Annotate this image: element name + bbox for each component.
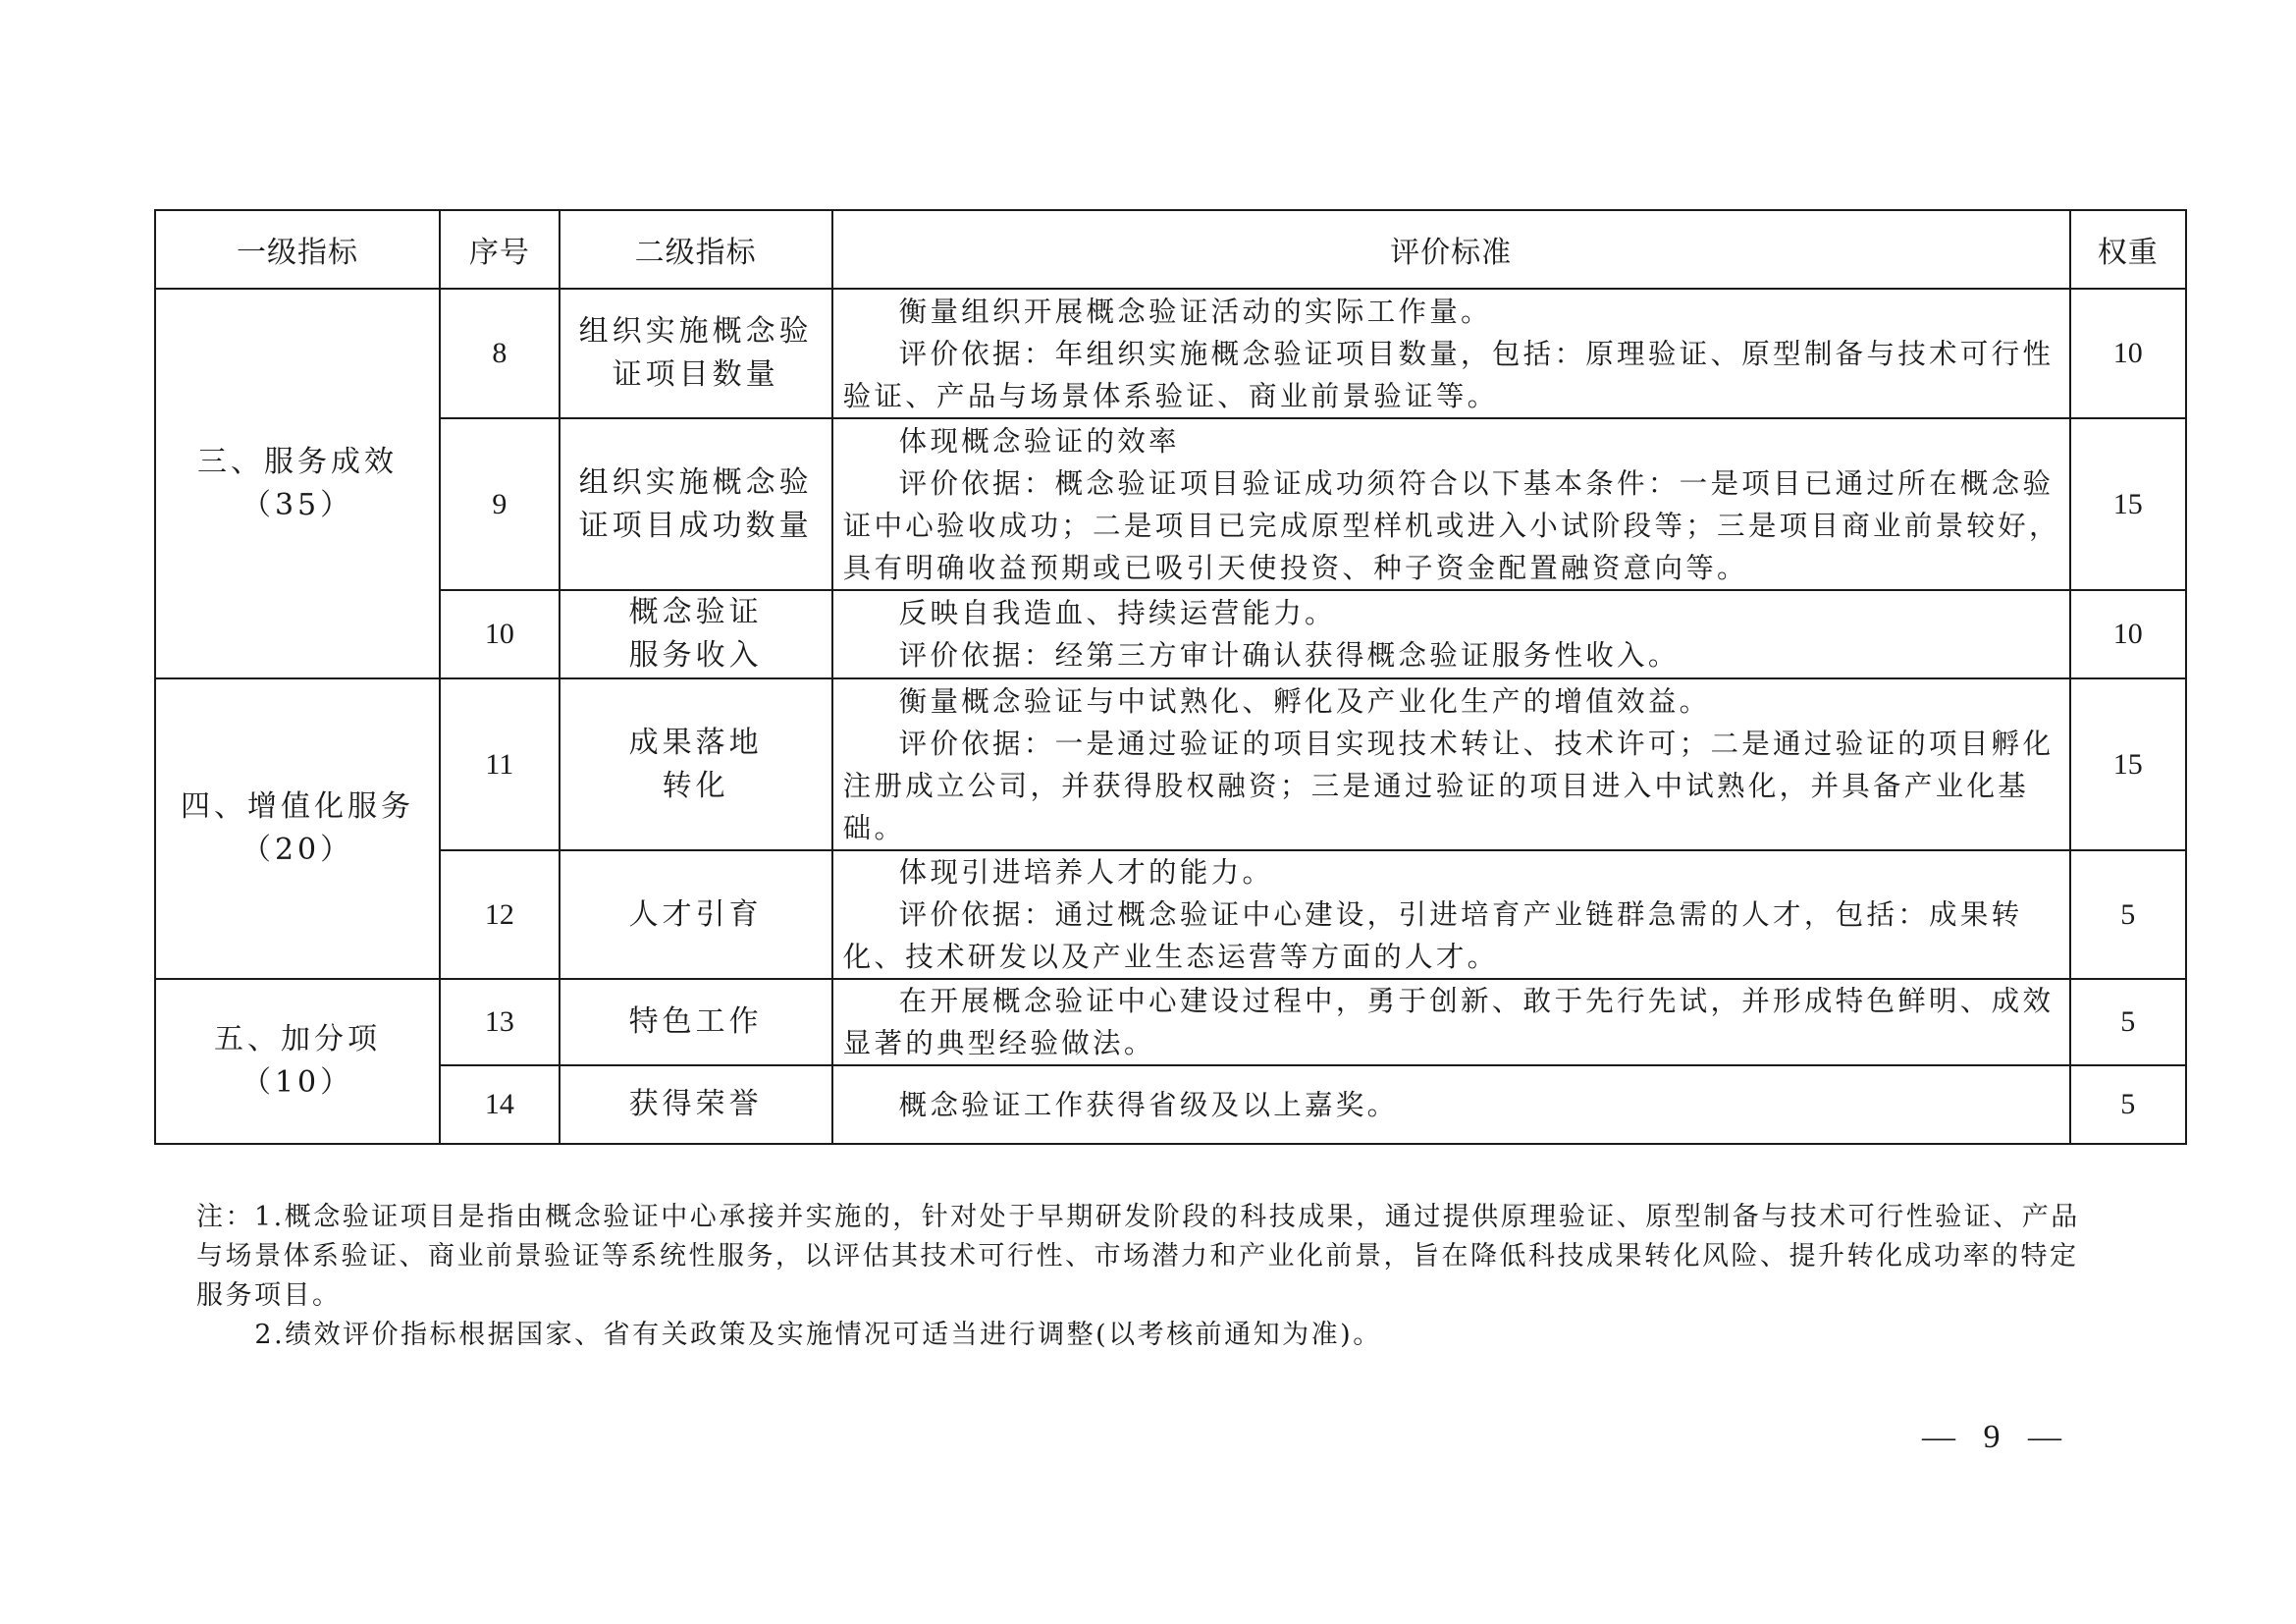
criteria-cell: 体现概念验证的效率 评价依据：概念验证项目验证成功须符合以下基本条件：一是项目已… <box>832 418 2070 590</box>
level2-line: 证项目成功数量 <box>561 505 831 548</box>
header-level1-indicator: 一级指标 <box>155 210 440 289</box>
level1-cell: 五、加分项 （10） <box>155 979 440 1144</box>
table-header-row: 一级指标 序号 二级指标 评价标准 权重 <box>155 210 2186 289</box>
level2-line: 人才引育 <box>561 893 831 937</box>
seq-cell: 12 <box>440 850 559 979</box>
level2-line: 特色工作 <box>561 1001 831 1044</box>
level1-cell: 三、服务成效 （35） <box>155 289 440 678</box>
table-row: 五、加分项 （10） 13 特色工作 在开展概念验证中心建设过程中，勇于创新、敢… <box>155 979 2186 1065</box>
weight-cell: 10 <box>2070 590 2186 678</box>
criteria-summary: 衡量概念验证与中试熟化、孵化及产业化生产的增值效益。 <box>843 680 2061 723</box>
table-row: 12 人才引育 体现引进培养人才的能力。 评价依据：通过概念验证中心建设，引进培… <box>155 850 2186 979</box>
criteria-summary: 反映自我造血、持续运营能力。 <box>843 592 2061 634</box>
level2-cell: 特色工作 <box>560 979 832 1065</box>
seq-cell: 8 <box>440 289 559 418</box>
level1-name: 三、服务成效 <box>156 441 439 484</box>
criteria-cell: 衡量组织开展概念验证活动的实际工作量。 评价依据：年组织实施概念验证项目数量，包… <box>832 289 2070 418</box>
level2-cell: 组织实施概念验 证项目成功数量 <box>560 418 832 590</box>
level2-line: 组织实施概念验 <box>561 310 831 353</box>
note-1: 注：1.概念验证项目是指由概念验证中心承接并实施的，针对处于早期研发阶段的科技成… <box>196 1198 2101 1316</box>
weight-cell: 5 <box>2070 850 2186 979</box>
level2-cell: 组织实施概念验 证项目数量 <box>560 289 832 418</box>
criteria-cell: 概念验证工作获得省级及以上嘉奖。 <box>832 1065 2070 1144</box>
criteria-summary: 体现概念验证的效率 <box>843 420 2061 462</box>
criteria-basis: 评价依据：通过概念验证中心建设，引进培育产业链群急需的人才，包括：成果转化、技术… <box>843 893 2061 978</box>
level1-name: 四、增值化服务 <box>156 785 439 829</box>
criteria-cell: 衡量概念验证与中试熟化、孵化及产业化生产的增值效益。 评价依据：一是通过验证的项… <box>832 678 2070 850</box>
weight-cell: 15 <box>2070 418 2186 590</box>
level2-line: 概念验证 <box>561 591 831 634</box>
table-notes: 注：1.概念验证项目是指由概念验证中心承接并实施的，针对处于早期研发阶段的科技成… <box>196 1198 2101 1355</box>
level2-line: 获得荣誉 <box>561 1083 831 1126</box>
weight-cell: 5 <box>2070 979 2186 1065</box>
criteria-basis: 评价依据：一是通过验证的项目实现技术转让、技术许可；二是通过验证的项目孵化注册成… <box>843 723 2061 849</box>
seq-cell: 14 <box>440 1065 559 1144</box>
criteria-basis: 评价依据：经第三方审计确认获得概念验证服务性收入。 <box>843 634 2061 677</box>
level2-line: 成果落地 <box>561 722 831 765</box>
level2-cell: 成果落地 转化 <box>560 678 832 850</box>
level2-cell: 人才引育 <box>560 850 832 979</box>
criteria-cell: 反映自我造血、持续运营能力。 评价依据：经第三方审计确认获得概念验证服务性收入。 <box>832 590 2070 678</box>
document-page: 一级指标 序号 二级指标 评价标准 权重 三、服务成效 （35） 8 组织实施概… <box>0 0 2296 1624</box>
evaluation-indicator-table: 一级指标 序号 二级指标 评价标准 权重 三、服务成效 （35） 8 组织实施概… <box>154 209 2187 1145</box>
weight-cell: 5 <box>2070 1065 2186 1144</box>
seq-cell: 11 <box>440 678 559 850</box>
weight-cell: 10 <box>2070 289 2186 418</box>
level2-cell: 获得荣誉 <box>560 1065 832 1144</box>
level2-line: 转化 <box>561 765 831 808</box>
level2-line: 服务收入 <box>561 634 831 677</box>
table-row: 9 组织实施概念验 证项目成功数量 体现概念验证的效率 评价依据：概念验证项目验… <box>155 418 2186 590</box>
weight-cell: 15 <box>2070 678 2186 850</box>
seq-cell: 13 <box>440 979 559 1065</box>
level1-score: （20） <box>156 829 439 872</box>
criteria-summary: 概念验证工作获得省级及以上嘉奖。 <box>843 1084 2061 1126</box>
level1-score: （35） <box>156 484 439 527</box>
level1-score: （10） <box>156 1061 439 1105</box>
criteria-cell: 体现引进培养人才的能力。 评价依据：通过概念验证中心建设，引进培育产业链群急需的… <box>832 850 2070 979</box>
header-level2-indicator: 二级指标 <box>560 210 832 289</box>
level2-line: 证项目数量 <box>561 353 831 397</box>
level2-cell: 概念验证 服务收入 <box>560 590 832 678</box>
table-row: 三、服务成效 （35） 8 组织实施概念验 证项目数量 衡量组织开展概念验证活动… <box>155 289 2186 418</box>
note-2: 2.绩效评价指标根据国家、省有关政策及实施情况可适当进行调整(以考核前通知为准)… <box>196 1316 2101 1355</box>
table-row: 14 获得荣誉 概念验证工作获得省级及以上嘉奖。 5 <box>155 1065 2186 1144</box>
criteria-cell: 在开展概念验证中心建设过程中，勇于创新、敢于先行先试，并形成特色鲜明、成效显著的… <box>832 979 2070 1065</box>
level1-name: 五、加分项 <box>156 1018 439 1061</box>
table-row: 10 概念验证 服务收入 反映自我造血、持续运营能力。 评价依据：经第三方审计确… <box>155 590 2186 678</box>
criteria-basis: 评价依据：概念验证项目验证成功须符合以下基本条件：一是项目已通过所在概念验证中心… <box>843 462 2061 589</box>
seq-cell: 10 <box>440 590 559 678</box>
criteria-basis: 评价依据：年组织实施概念验证项目数量，包括：原理验证、原型制备与技术可行性验证、… <box>843 333 2061 417</box>
page-number: — 9 — <box>1922 1419 2071 1456</box>
header-seq: 序号 <box>440 210 559 289</box>
header-criteria: 评价标准 <box>832 210 2070 289</box>
level1-cell: 四、增值化服务 （20） <box>155 678 440 979</box>
criteria-summary: 衡量组织开展概念验证活动的实际工作量。 <box>843 291 2061 333</box>
criteria-summary: 体现引进培养人才的能力。 <box>843 851 2061 893</box>
criteria-summary: 在开展概念验证中心建设过程中，勇于创新、敢于先行先试，并形成特色鲜明、成效显著的… <box>843 980 2061 1064</box>
level2-line: 组织实施概念验 <box>561 461 831 505</box>
header-weight: 权重 <box>2070 210 2186 289</box>
table-row: 四、增值化服务 （20） 11 成果落地 转化 衡量概念验证与中试熟化、孵化及产… <box>155 678 2186 850</box>
seq-cell: 9 <box>440 418 559 590</box>
